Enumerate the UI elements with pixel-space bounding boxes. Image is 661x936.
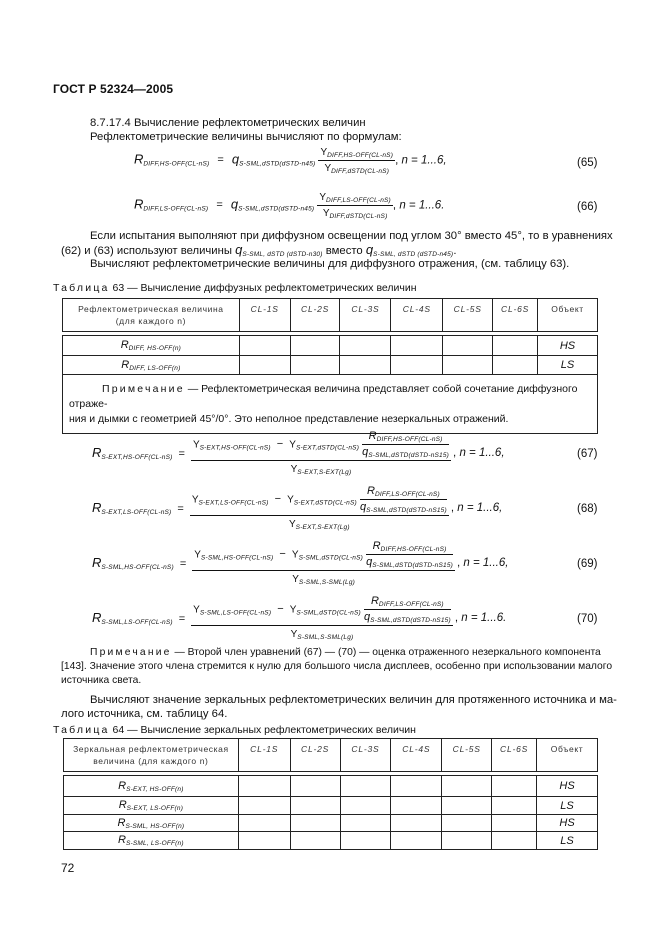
table-64-header-col: CL-4S: [391, 739, 442, 772]
table-cell: [391, 336, 443, 356]
table-row: RS-SML, HS-OFF(n) HS: [64, 815, 598, 832]
table-64-header-object: Объект: [537, 739, 598, 772]
table-cell: [340, 356, 391, 375]
equation-69: RS-SML,HS-OFF(CL-nS)= YS-SML,HS-OFF(CL-n…: [92, 540, 508, 586]
table-64-symbol-cell: RS-SML, LS-OFF(n): [64, 832, 239, 850]
table-63-header-col: CL-1S: [239, 299, 290, 332]
table-63-object-cell: LS: [538, 356, 598, 375]
table-63-note: Примечание — Рефлектометрическая величин…: [63, 375, 598, 434]
equation-number-65: (65): [577, 157, 597, 169]
table-cell: [493, 356, 538, 375]
equation-70: RS-SML,LS-OFF(CL-nS)= YS-SML,LS-OFF(CL-n…: [92, 595, 506, 641]
table-64: Зеркальная рефлектометрическая величина …: [63, 738, 598, 850]
table-cell: [493, 336, 538, 356]
table-63-symbol-cell: RDIFF, HS-OFF(n): [63, 336, 240, 356]
table-63-object-cell: HS: [538, 336, 598, 356]
table-cell: [442, 815, 492, 832]
table-cell: [340, 336, 391, 356]
note-line-3: источника света.: [61, 675, 141, 686]
equation-number-68: (68): [577, 503, 597, 515]
table-64-object-cell: LS: [537, 797, 598, 815]
table-64-header-col: CL-3S: [340, 739, 391, 772]
table-cell: [391, 832, 442, 850]
table-64-symbol-cell: RS-EXT, HS-OFF(n): [64, 776, 239, 797]
table-63: Рефлектометрическая величина (для каждог…: [62, 298, 598, 434]
table-row: RS-SML, LS-OFF(n) LS: [64, 832, 598, 850]
table-64-header-col: CL-1S: [238, 739, 290, 772]
table-cell: [238, 815, 290, 832]
table-64-caption: Таблица 64 — Вычисление зеркальных рефле…: [53, 723, 416, 737]
table-63-header-quantity: Рефлектометрическая величина (для каждог…: [63, 299, 240, 332]
table-cell: [492, 797, 537, 815]
table-cell: [340, 832, 391, 850]
table-cell: [290, 797, 340, 815]
table-cell: [290, 832, 340, 850]
table-63-header-col: CL-2S: [290, 299, 340, 332]
paragraph-see-table-64-cont: лого источника, см. таблицу 64.: [61, 707, 227, 721]
table-cell: [239, 356, 290, 375]
table-63-header-row: Рефлектометрическая величина (для каждог…: [63, 299, 598, 332]
table-cell: [238, 797, 290, 815]
table-64-object-cell: LS: [537, 832, 598, 850]
table-cell: [492, 832, 537, 850]
table-cell: [492, 776, 537, 797]
table-64-header-col: CL-5S: [442, 739, 492, 772]
table-63-header-col: CL-4S: [391, 299, 443, 332]
table-cell: [340, 776, 391, 797]
equation-65: RDIFF,HS-OFF(CL-nS) = qS-SML,dSTD(dSTD-n…: [134, 146, 447, 175]
table-cell: [239, 336, 290, 356]
table-cell: [391, 797, 442, 815]
table-cell: [391, 356, 443, 375]
equation-number-69: (69): [577, 558, 597, 570]
equation-number-67: (67): [577, 448, 597, 460]
table-row: RS-EXT, LS-OFF(n) LS: [64, 797, 598, 815]
table-63-header-object: Объект: [538, 299, 598, 332]
table-63-symbol-cell: RDIFF, LS-OFF(n): [63, 356, 240, 375]
table-cell: [238, 776, 290, 797]
table-cell: [391, 815, 442, 832]
table-64-header-row: Зеркальная рефлектометрическая величина …: [64, 739, 598, 772]
paragraph-30deg: Если испытания выполняют при диффузном о…: [90, 229, 613, 243]
table-cell: [442, 797, 492, 815]
table-cell: [340, 815, 391, 832]
section-heading: 8.7.17.4 Вычисление рефлектометрических …: [90, 116, 366, 130]
table-cell: [443, 356, 493, 375]
table-row: RDIFF, LS-OFF(n) LS: [63, 356, 598, 375]
table-cell: [290, 356, 340, 375]
table-cell: [443, 336, 493, 356]
table-cell: [492, 815, 537, 832]
table-63-header-col: CL-5S: [443, 299, 493, 332]
table-cell: [290, 776, 340, 797]
section-intro: Рефлектометрические величины вычисляют п…: [90, 130, 402, 144]
equation-number-66: (66): [577, 201, 597, 213]
equation-number-70: (70): [577, 613, 597, 625]
equation-67: RS-EXT,HS-OFF(CL-nS)= YS-EXT,HS-OFF(CL-n…: [92, 430, 505, 476]
table-64-object-cell: HS: [537, 776, 598, 797]
table-64-symbol-cell: RS-SML, HS-OFF(n): [64, 815, 239, 832]
table-cell: [391, 776, 442, 797]
table-64-symbol-cell: RS-EXT, LS-OFF(n): [64, 797, 239, 815]
paragraph-see-table-64: Вычисляют значение зеркальных рефлектоме…: [90, 693, 617, 707]
table-cell: [340, 797, 391, 815]
equation-66: RDIFF,LS-OFF(CL-nS) = qS-SML,dSTD(dSTD-n…: [134, 191, 444, 220]
page-number: 72: [61, 861, 74, 875]
note-line-2: [143]. Значение этого члена стремится к …: [61, 661, 612, 672]
note-equations-67-70: Примечание — Второй член уравнений (67) …: [90, 647, 601, 658]
table-63-header-col: CL-6S: [493, 299, 538, 332]
table-64-header-quantity: Зеркальная рефлектометрическая величина …: [64, 739, 239, 772]
table-row: RS-EXT, HS-OFF(n) HS: [64, 776, 598, 797]
document-header: ГОСТ Р 52324—2005: [53, 82, 173, 96]
table-64-object-cell: HS: [537, 815, 598, 832]
paragraph-see-table-63: Вычисляют рефлектометрические величины д…: [90, 257, 569, 271]
table-row: RDIFF, HS-OFF(n) HS: [63, 336, 598, 356]
equation-68: RS-EXT,LS-OFF(CL-nS)= YS-EXT,LS-OFF(CL-n…: [92, 485, 502, 531]
table-cell: [442, 776, 492, 797]
table-63-caption: Таблица 63 — Вычисление диффузных рефлек…: [53, 281, 417, 295]
table-cell: [290, 815, 340, 832]
table-cell: [442, 832, 492, 850]
table-cell: [238, 832, 290, 850]
table-63-header-col: CL-3S: [340, 299, 391, 332]
table-63-note-row: Примечание — Рефлектометрическая величин…: [63, 375, 598, 434]
table-64-header-col: CL-2S: [290, 739, 340, 772]
table-64-header-col: CL-6S: [492, 739, 537, 772]
table-cell: [290, 336, 340, 356]
